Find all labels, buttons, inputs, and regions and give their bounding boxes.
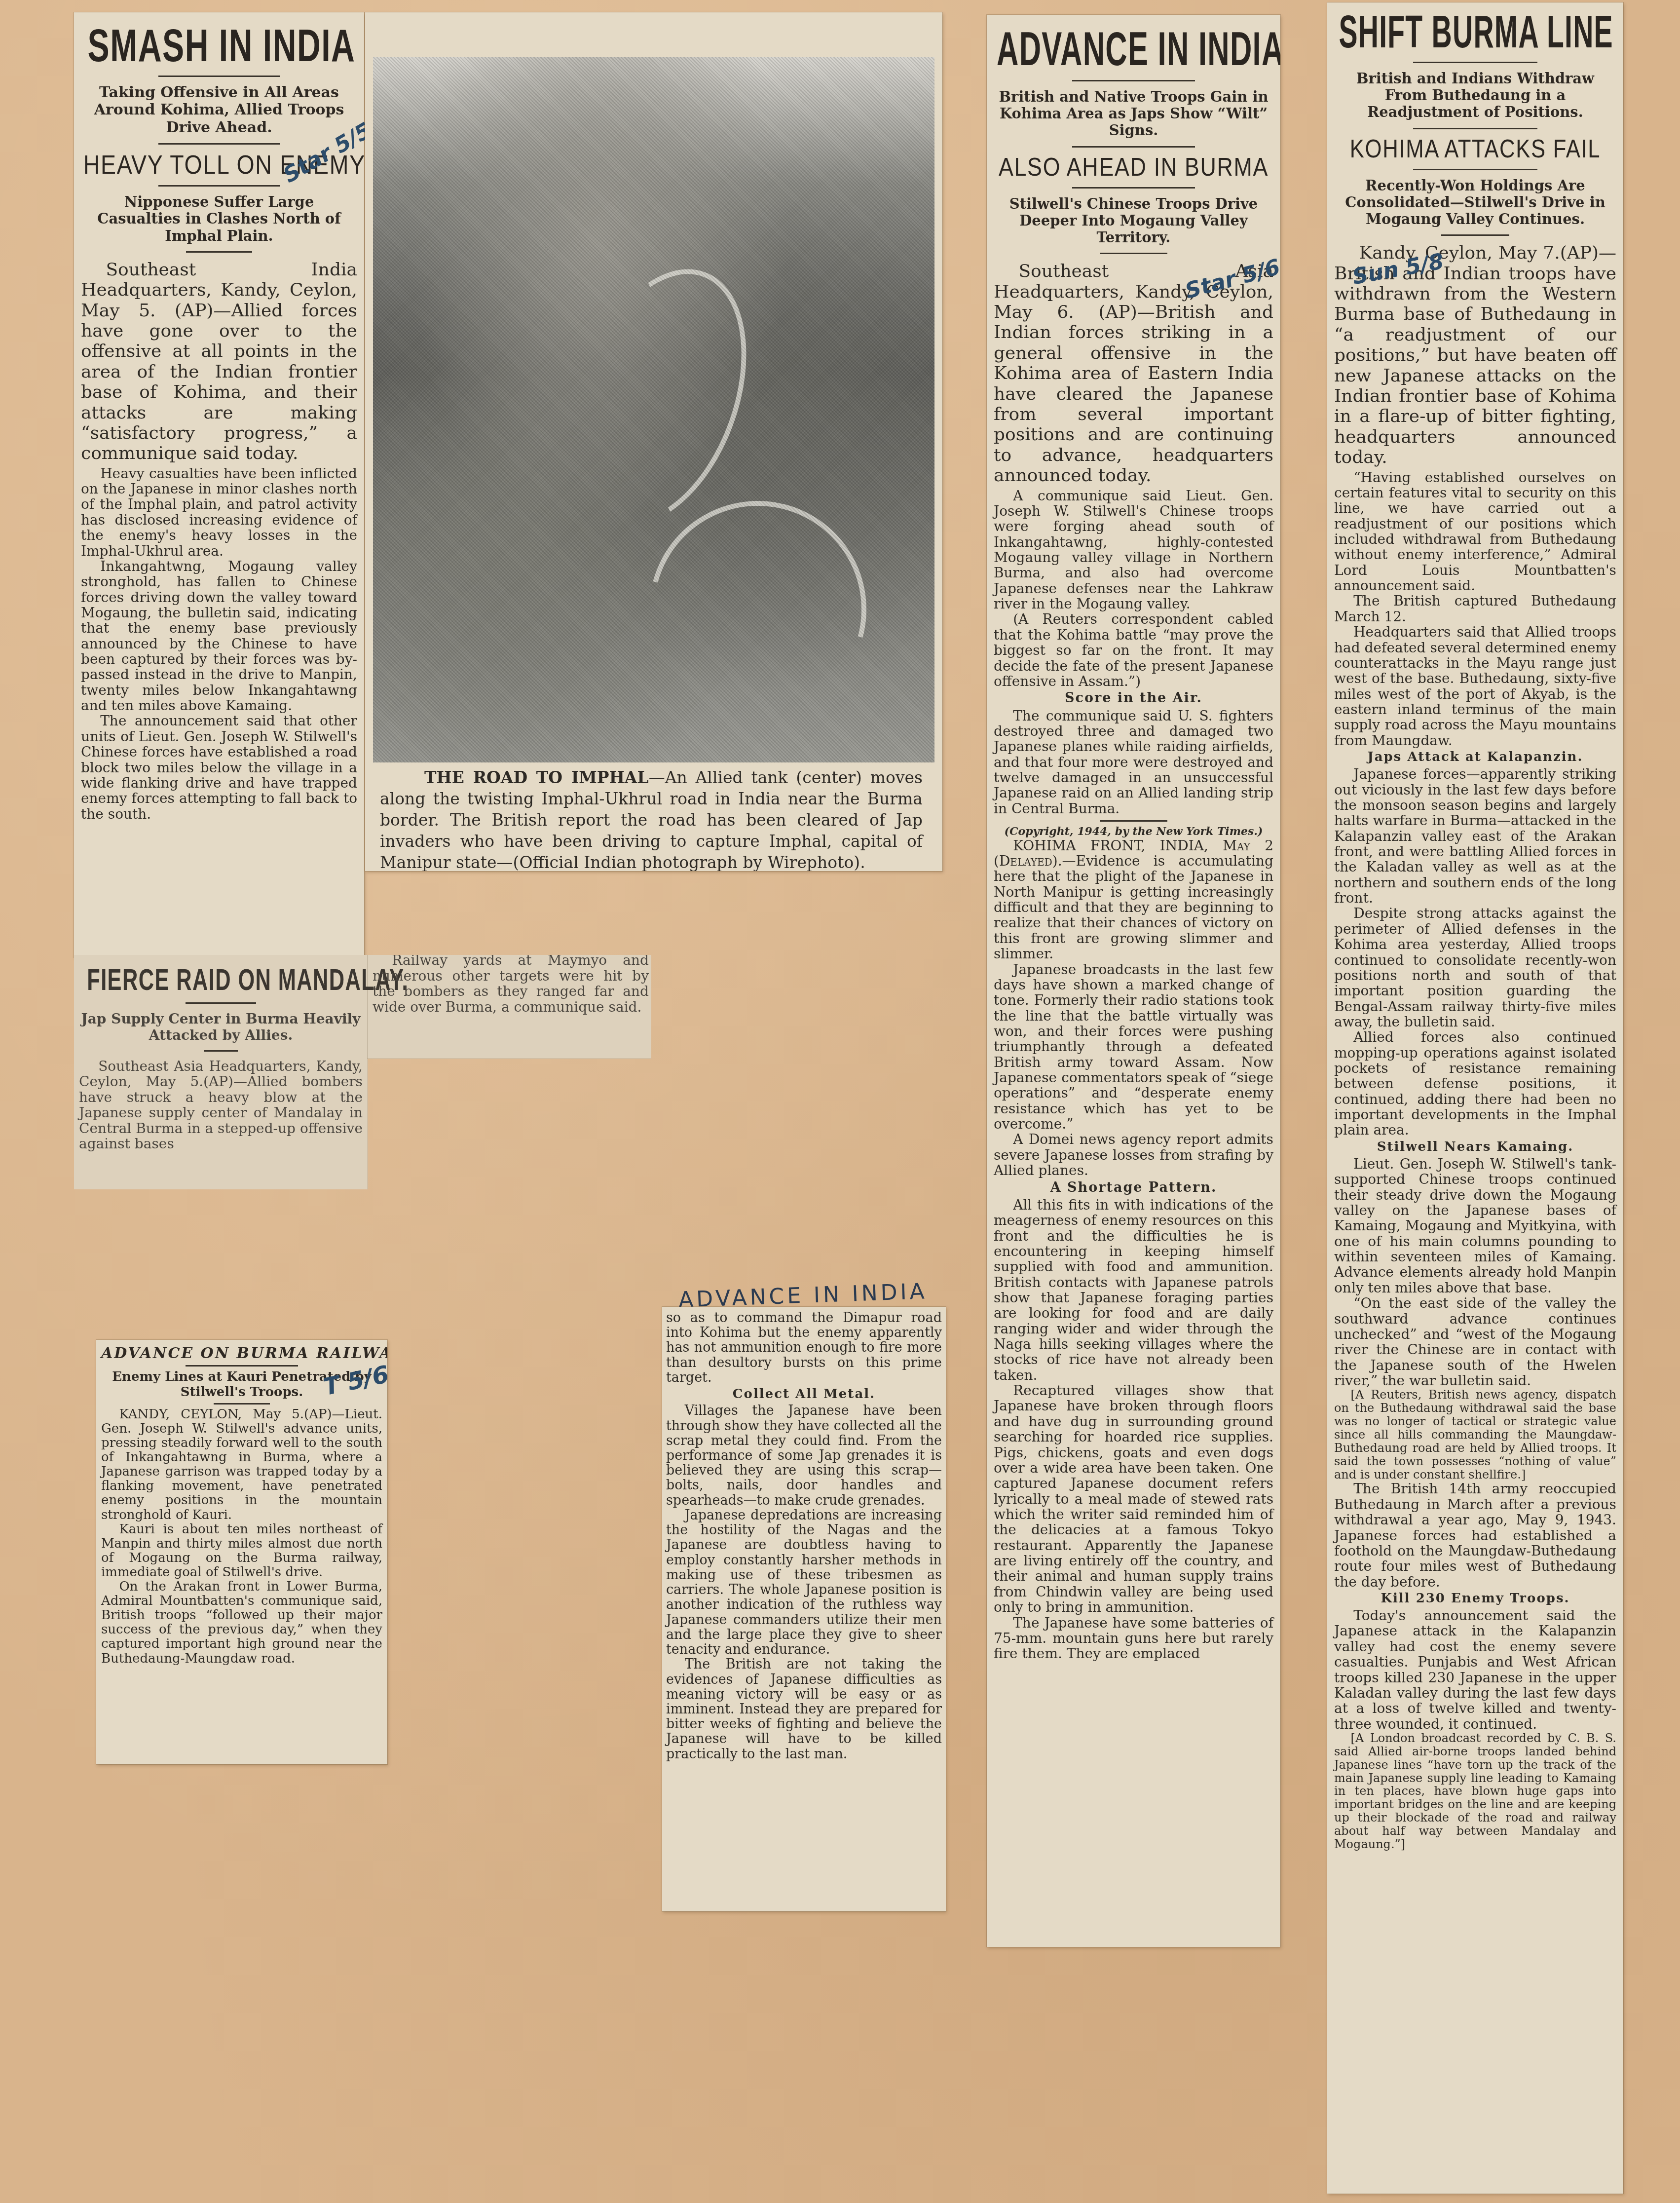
copyright-line: (Copyright, 1944, by the New York Times.… bbox=[994, 826, 1273, 838]
paragraph: Southeast Asia Headquarters, Kandy, Ceyl… bbox=[79, 1059, 363, 1151]
paragraph: Despite strong attacks against the perim… bbox=[1334, 906, 1616, 1029]
divider bbox=[204, 1050, 238, 1052]
headline-secondary: KOHIMA ATTACKS FAIL bbox=[1340, 136, 1610, 162]
paragraphs: “Having established ourselves on certain… bbox=[1334, 470, 1616, 748]
paragraph: Japanese forces—apparently striking out … bbox=[1334, 766, 1616, 906]
divider bbox=[1072, 80, 1195, 81]
paragraph: Headquarters said that Allied troops had… bbox=[1334, 624, 1616, 748]
paragraph: Railway yards at Maymyo and numerous oth… bbox=[373, 955, 649, 1015]
paragraph: A communique said Lieut. Gen. Joseph W. … bbox=[994, 488, 1273, 612]
paragraph: Today's announcement said the Japanese a… bbox=[1334, 1608, 1616, 1732]
paragraphs: Villages the Japanese have been through … bbox=[666, 1404, 942, 1762]
lead-paragraph: Southeast Asia Headquarters, Kandy, Ceyl… bbox=[994, 261, 1273, 486]
paragraphs: All this fits in with indications of the… bbox=[994, 1197, 1273, 1662]
paragraph: Heavy casualties have been inflicted on … bbox=[81, 466, 357, 559]
paragraph: The British 14th army reoccupied Butheda… bbox=[1334, 1481, 1616, 1590]
clipping-advance-in-india: ADVANCE IN INDIA British and Native Troo… bbox=[987, 15, 1280, 1947]
paragraphs: Lieut. Gen. Joseph W. Stilwell's tank-su… bbox=[1334, 1156, 1616, 1388]
divider bbox=[1413, 62, 1537, 63]
subhead: Japs Attack at Kalapanzin. bbox=[1334, 750, 1616, 764]
subhead: Kill 230 Enemy Troops. bbox=[1334, 1592, 1616, 1606]
headline: ADVANCE ON BURMA RAILWAY. bbox=[101, 1345, 382, 1362]
headline: FIERCE RAID ON MANDALAY. bbox=[87, 965, 355, 995]
article-body: Kandy, Ceylon, May 7.(AP)—British and In… bbox=[1334, 243, 1616, 1851]
paragraph: The announcement said that other units o… bbox=[81, 713, 357, 822]
paragraph: Recaptured villages show that Japanese h… bbox=[994, 1383, 1273, 1615]
headline: ADVANCE IN INDIA bbox=[997, 26, 1270, 73]
clipping-advance-on-burma-railway: ADVANCE ON BURMA RAILWAY. Enemy Lines at… bbox=[96, 1340, 387, 1764]
paragraphs: Today's announcement said the Japanese a… bbox=[1334, 1608, 1616, 1732]
paragraph: Japanese broadcasts in the last few days… bbox=[994, 962, 1273, 1132]
paragraph: Inkangahtwng, Mogaung valley stronghold,… bbox=[81, 559, 357, 714]
divider bbox=[1413, 128, 1537, 129]
paragraph: The British are not taking the evidences… bbox=[666, 1657, 942, 1762]
paragraphs: The communique said U. S. fighters destr… bbox=[994, 708, 1273, 817]
paragraphs: A communique said Lieut. Gen. Joseph W. … bbox=[994, 488, 1273, 689]
deck: Recently-Won Holdings Are Consolidated—S… bbox=[1334, 177, 1616, 228]
divider bbox=[1413, 169, 1537, 170]
article-body: Southeast India Headquarters, Kandy, Cey… bbox=[81, 260, 357, 822]
article-body-col2: feeding the enemy's forces in India and … bbox=[373, 955, 649, 1015]
article-body: KANDY, CEYLON, May 5.(AP)—Lieut. Gen. Jo… bbox=[101, 1407, 382, 1666]
paragraph: The communique said U. S. fighters destr… bbox=[994, 708, 1273, 817]
paragraph: A Domei news agency report admits severe… bbox=[994, 1132, 1273, 1178]
divider bbox=[1072, 146, 1195, 148]
paragraph: All this fits in with indications of the… bbox=[994, 1197, 1273, 1383]
paragraph: (A Reuters correspondent cabled that the… bbox=[994, 611, 1273, 689]
bracketed-note: [A London broadcast recorded by C. B. S.… bbox=[1334, 1732, 1616, 1851]
headline: SHIFT BURMA LINE bbox=[1339, 9, 1611, 55]
article-body: Southeast Asia Headquarters, Kandy, Ceyl… bbox=[994, 261, 1273, 1661]
deck: Taking Offensive in All Areas Around Koh… bbox=[81, 84, 357, 136]
headline-secondary: ALSO AHEAD IN BURMA bbox=[996, 154, 1270, 180]
paragraphs: KOHIMA FRONT, INDIA, May 2 (Delayed).—Ev… bbox=[994, 838, 1273, 1178]
clipping-fierce-raid-on-mandalay: FIERCE RAID ON MANDALAY. Jap Supply Cent… bbox=[74, 955, 651, 1189]
deck: British and Indians Withdraw From Buthed… bbox=[1334, 70, 1616, 121]
divider bbox=[186, 1365, 298, 1367]
deck: Stilwell's Chinese Troops Drive Deeper I… bbox=[994, 195, 1273, 246]
deck: British and Native Troops Gain in Kohima… bbox=[994, 88, 1273, 139]
bracketed-note: [A Reuters, British news agency, dispatc… bbox=[1334, 1388, 1616, 1481]
deck: Jap Supply Center in Burma Heavily Attac… bbox=[79, 1011, 363, 1043]
paragraph: Kauri is about ten miles northeast of Ma… bbox=[101, 1522, 382, 1580]
clipping-advance-in-india-continued: so as to command the Dimapur road into K… bbox=[662, 1307, 946, 1911]
paragraphs: Japanese forces—apparently striking out … bbox=[1334, 766, 1616, 1138]
divider bbox=[186, 1002, 257, 1004]
divider bbox=[158, 185, 280, 187]
article-body: so as to command the Dimapur road into K… bbox=[666, 1311, 942, 1762]
clipping-photo: THE ROAD TO IMPHAL—An Allied tank (cente… bbox=[365, 12, 942, 871]
paragraph: “Having established ourselves on certain… bbox=[1334, 470, 1616, 594]
photo-road-to-imphal bbox=[373, 57, 934, 762]
divider bbox=[1072, 187, 1195, 189]
paragraph: KANDY, CEYLON, May 5.(AP)—Lieut. Gen. Jo… bbox=[101, 1407, 382, 1522]
subhead: Score in the Air. bbox=[994, 691, 1273, 706]
paragraph: Villages the Japanese have been through … bbox=[666, 1404, 942, 1508]
paragraph: Lieut. Gen. Joseph W. Stilwell's tank-su… bbox=[1334, 1156, 1616, 1295]
paragraphs: Heavy casualties have been inflicted on … bbox=[81, 466, 357, 822]
headline: SMASH IN INDIA bbox=[88, 23, 351, 69]
paragraph: The Japanese have some batteries of 75-m… bbox=[994, 1615, 1273, 1662]
clipping-shift-burma-line: SHIFT BURMA LINE British and Indians Wit… bbox=[1327, 2, 1623, 2194]
caption-title: THE ROAD TO IMPHAL bbox=[380, 768, 649, 787]
paragraph: Allied forces also continued mopping-up … bbox=[1334, 1029, 1616, 1138]
deck: Nipponese Suffer Large Casualties in Cla… bbox=[81, 193, 357, 244]
paragraph: Japanese depredations are increasing the… bbox=[666, 1508, 942, 1657]
subhead: Collect All Metal. bbox=[666, 1387, 942, 1402]
photo-caption: THE ROAD TO IMPHAL—An Allied tank (cente… bbox=[380, 767, 923, 871]
divider bbox=[186, 251, 252, 253]
paragraph: “On the east side of the valley the sout… bbox=[1334, 1295, 1616, 1388]
lead-paragraph: Southeast India Headquarters, Kandy, Cey… bbox=[81, 260, 357, 464]
divider bbox=[1100, 820, 1167, 822]
paragraphs: The British 14th army reoccupied Butheda… bbox=[1334, 1481, 1616, 1590]
article-body: Southeast Asia Headquarters, Kandy, Ceyl… bbox=[79, 1059, 363, 1151]
paragraph: The British captured Buthedaung March 12… bbox=[1334, 593, 1616, 624]
paragraph: so as to command the Dimapur road into K… bbox=[666, 1311, 942, 1385]
divider bbox=[1441, 234, 1509, 236]
subhead: Stilwell Nears Kamaing. bbox=[1334, 1140, 1616, 1154]
divider bbox=[1100, 253, 1167, 254]
divider bbox=[158, 76, 280, 77]
paragraph: On the Arakan front in Lower Burma, Admi… bbox=[101, 1580, 382, 1666]
subhead: A Shortage Pattern. bbox=[994, 1180, 1273, 1195]
divider bbox=[158, 143, 280, 145]
paragraph: —Evidence is accumulating here that the … bbox=[994, 853, 1273, 962]
divider bbox=[214, 1403, 270, 1405]
